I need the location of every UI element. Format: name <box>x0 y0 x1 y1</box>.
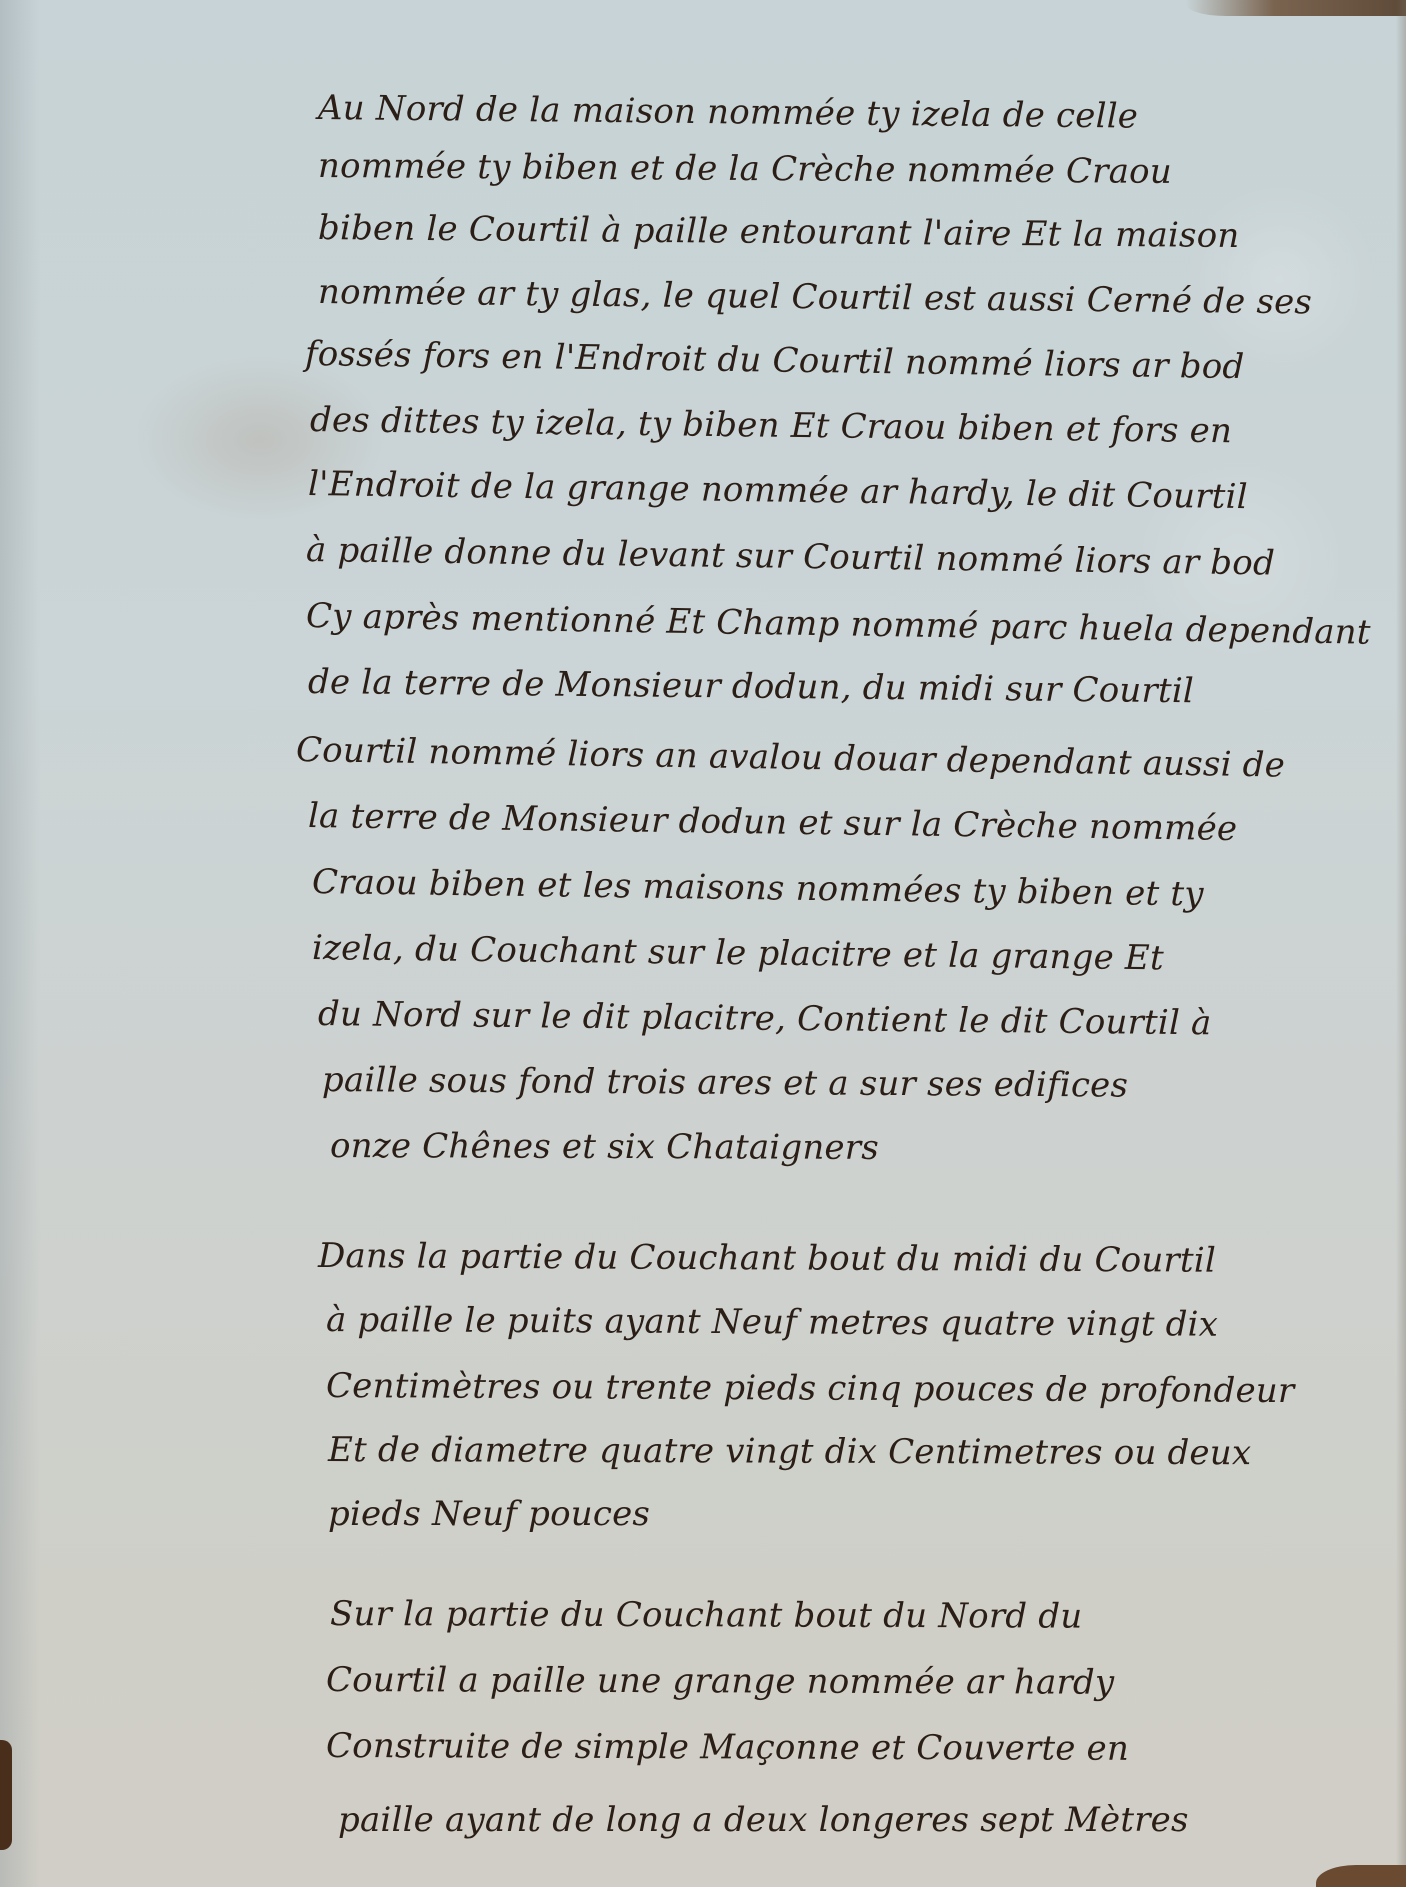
text-line: Construite de simple Maçonne et Couverte… <box>326 1726 1129 1769</box>
manuscript-page: Au Nord de la maison nommée ty izela de … <box>0 0 1406 1887</box>
text-line: Cy après mentionné Et Champ nommé parc h… <box>306 596 1371 653</box>
text-line: Craou biben et les maisons nommées ty bi… <box>312 862 1204 914</box>
text-line: Sur la partie du Couchant bout du Nord d… <box>330 1594 1083 1637</box>
text-line: Courtil nommé liors an avalou douar depe… <box>296 730 1286 786</box>
text-line: Et de diametre quatre vingt dix Centimet… <box>328 1430 1251 1473</box>
text-line: pieds Neuf pouces <box>328 1494 650 1534</box>
text-line: des dittes ty izela, ty biben Et Craou b… <box>310 400 1233 451</box>
manuscript-text: Au Nord de la maison nommée ty izela de … <box>0 0 1406 1887</box>
text-line: de la terre de Monsieur dodun, du midi s… <box>308 662 1194 711</box>
text-line: biben le Courtil à paille entourant l'ai… <box>318 208 1240 256</box>
text-line: Au Nord de la maison nommée ty izela de … <box>318 88 1138 137</box>
text-line: à paille donne du levant sur Courtil nom… <box>306 530 1275 584</box>
text-line: l'Endroit de la grange nommée ar hardy, … <box>308 464 1248 517</box>
text-line: Centimètres ou trente pieds cinq pouces … <box>326 1366 1295 1411</box>
text-line: Courtil a paille une grange nommée ar ha… <box>326 1660 1114 1703</box>
text-line: fossés fors en l'Endroit du Courtil nomm… <box>305 334 1245 387</box>
text-line: paille sous fond trois ares et a sur ses… <box>322 1060 1128 1106</box>
text-line: du Nord sur le dit placitre, Contient le… <box>318 994 1212 1043</box>
text-line: nommée ar ty glas, le quel Courtil est a… <box>318 272 1312 322</box>
text-line: Dans la partie du Couchant bout du midi … <box>318 1236 1216 1281</box>
text-line: paille ayant de long a deux longeres sep… <box>338 1800 1189 1840</box>
text-line: izela, du Couchant sur le placitre et la… <box>312 928 1164 978</box>
text-line: la terre de Monsieur dodun et sur la Crè… <box>308 796 1238 849</box>
text-line: onze Chênes et six Chataigners <box>330 1126 879 1168</box>
text-line: nommée ty biben et de la Crèche nommée C… <box>318 146 1172 192</box>
text-line: à paille le puits ayant Neuf metres quat… <box>326 1300 1218 1345</box>
